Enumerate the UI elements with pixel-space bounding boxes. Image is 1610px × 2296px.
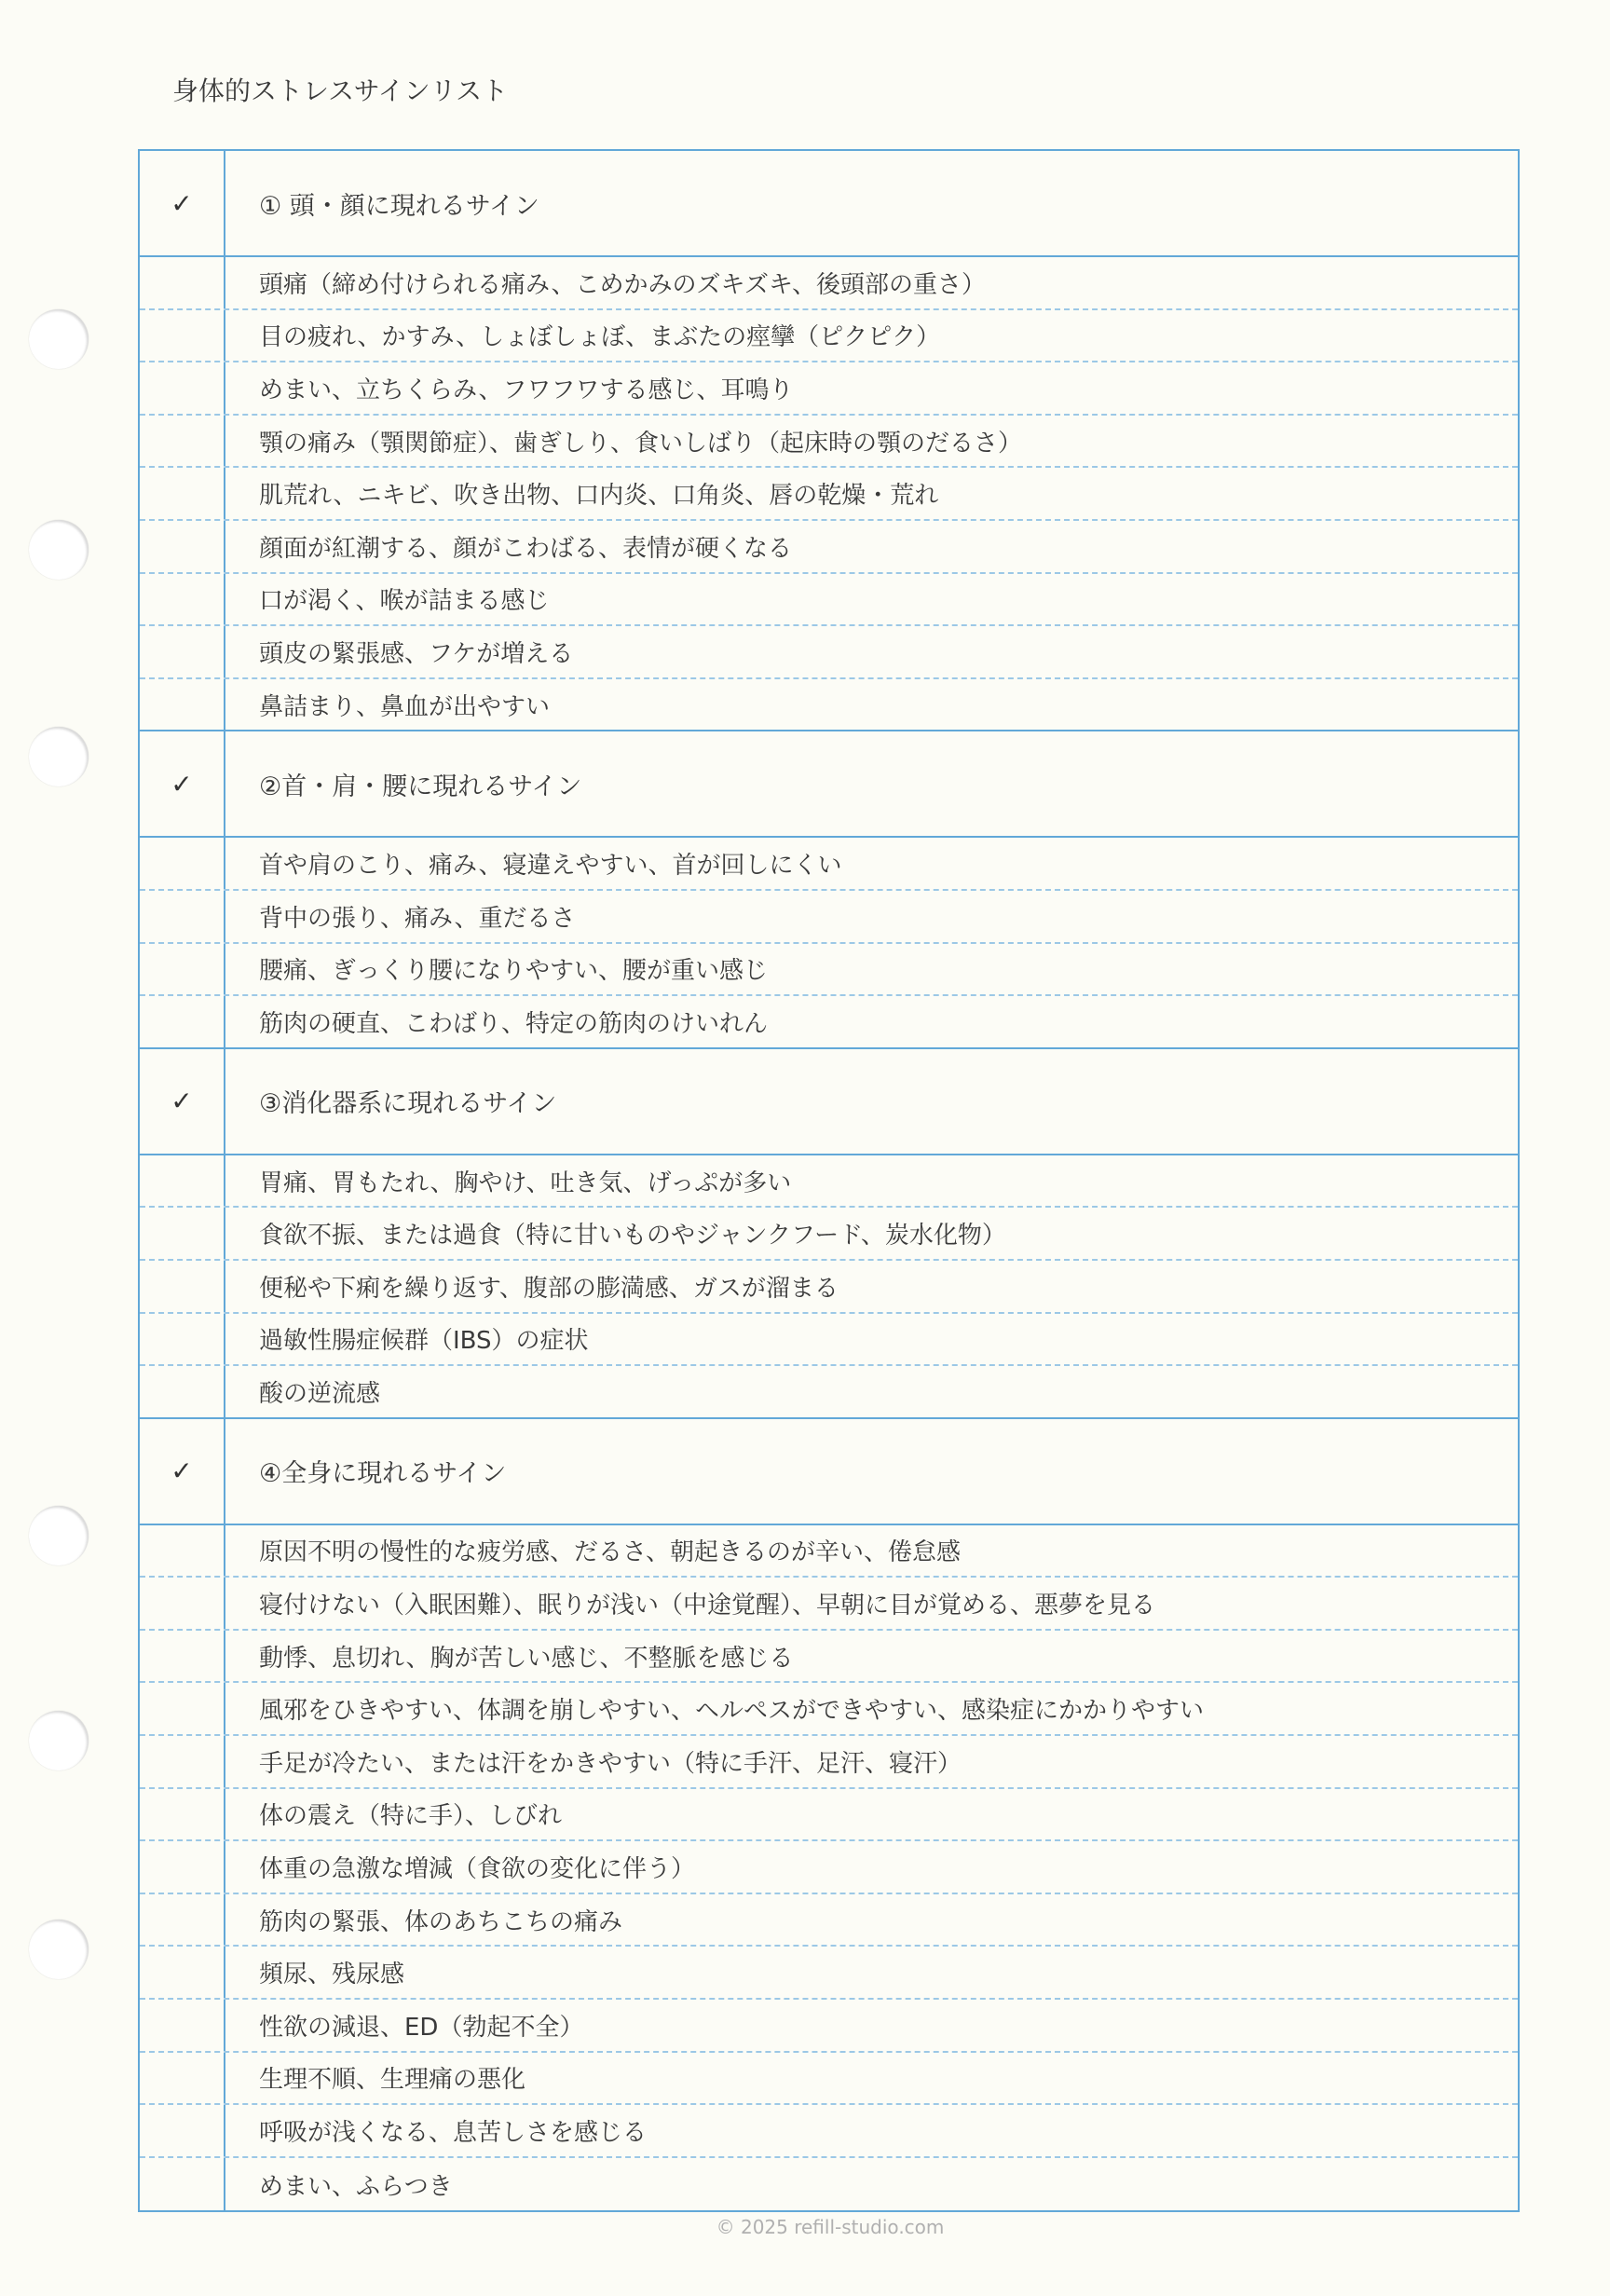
list-item: 肌荒れ、ニキビ、吹き出物、口内炎、口角炎、唇の乾燥・荒れ [140, 468, 1518, 521]
item-checkbox[interactable] [140, 310, 225, 362]
section-whole-body: ✓ ④全身に現れるサイン 原因不明の慢性的な疲労感、だるさ、朝起きるのが辛い、倦… [140, 1419, 1518, 2211]
item-checkbox[interactable] [140, 521, 225, 572]
item-checkbox[interactable] [140, 1155, 225, 1207]
punch-hole [29, 1920, 89, 1979]
list-item: 寝付けない（入眠困難）、眠りが浅い（中途覚醒）、早朝に目が覚める、悪夢を見る [140, 1578, 1518, 1631]
item-checkbox[interactable] [140, 838, 225, 889]
item-text: 鼻詰まり、鼻血が出やすい [225, 679, 1518, 731]
list-item: 便秘や下痢を繰り返す、腹部の膨満感、ガスが溜まる [140, 1261, 1518, 1314]
list-item: 筋肉の緊張、体のあちこちの痛み [140, 1894, 1518, 1947]
punch-hole [29, 1711, 89, 1770]
section-head-face: ✓ ① 頭・顔に現れるサイン 頭痛（締め付けられる痛み、こめかみのズキズキ、後頭… [140, 151, 1518, 731]
list-item: 口が渇く、喉が詰まる感じ [140, 574, 1518, 627]
item-checkbox[interactable] [140, 2053, 225, 2104]
item-text: 頻尿、残尿感 [225, 1947, 1518, 1998]
item-checkbox[interactable] [140, 1261, 225, 1312]
item-checkbox[interactable] [140, 2000, 225, 2051]
item-text: 酸の逆流感 [225, 1366, 1518, 1417]
list-item: 原因不明の慢性的な疲労感、だるさ、朝起きるのが辛い、倦怠感 [140, 1525, 1518, 1578]
section-neck-shoulder-back: ✓ ②首・肩・腰に現れるサイン 首や肩のこり、痛み、寝違えやすい、首が回しにくい… [140, 731, 1518, 1048]
item-text: 首や肩のこり、痛み、寝違えやすい、首が回しにくい [225, 838, 1518, 889]
item-checkbox[interactable] [140, 2105, 225, 2156]
item-text: 呼吸が浅くなる、息苦しさを感じる [225, 2105, 1518, 2156]
list-item: 性欲の減退、ED（勃起不全） [140, 2000, 1518, 2053]
item-text: 寝付けない（入眠困難）、眠りが浅い（中途覚醒）、早朝に目が覚める、悪夢を見る [225, 1578, 1518, 1629]
item-text: めまい、立ちくらみ、フワフワする感じ、耳鳴り [225, 362, 1518, 414]
list-item: 酸の逆流感 [140, 1366, 1518, 1419]
item-checkbox[interactable] [140, 1947, 225, 1998]
item-checkbox[interactable] [140, 416, 225, 467]
list-item: 過敏性腸症候群（IBS）の症状 [140, 1314, 1518, 1367]
item-text: 顔面が紅潮する、顔がこわばる、表情が硬くなる [225, 521, 1518, 572]
item-checkbox[interactable] [140, 1789, 225, 1840]
item-checkbox[interactable] [140, 362, 225, 414]
item-text: 手足が冷たい、または汗をかきやすい（特に手汗、足汗、寝汗） [225, 1736, 1518, 1787]
section-header: ✓ ③消化器系に現れるサイン [140, 1049, 1518, 1155]
list-item: 頭痛（締め付けられる痛み、こめかみのズキズキ、後頭部の重さ） [140, 257, 1518, 310]
item-text: 目の疲れ、かすみ、しょぼしょぼ、まぶたの痙攣（ピクピク） [225, 310, 1518, 362]
item-text: 頭痛（締め付けられる痛み、こめかみのズキズキ、後頭部の重さ） [225, 257, 1518, 308]
section-checkbox[interactable]: ✓ [140, 1049, 225, 1154]
list-item: 食欲不振、または過食（特に甘いものやジャンクフード、炭水化物） [140, 1208, 1518, 1261]
section-heading: ④全身に現れるサイン [225, 1419, 1518, 1524]
item-checkbox[interactable] [140, 257, 225, 308]
item-text: 背中の張り、痛み、重だるさ [225, 891, 1518, 942]
item-checkbox[interactable] [140, 468, 225, 519]
list-item: 頻尿、残尿感 [140, 1947, 1518, 2000]
list-item: 腰痛、ぎっくり腰になりやすい、腰が重い感じ [140, 944, 1518, 997]
item-checkbox[interactable] [140, 574, 225, 625]
list-item: 胃痛、胃もたれ、胸やけ、吐き気、げっぷが多い [140, 1155, 1518, 1209]
item-checkbox[interactable] [140, 944, 225, 995]
item-checkbox[interactable] [140, 1366, 225, 1417]
item-text: 原因不明の慢性的な疲労感、だるさ、朝起きるのが辛い、倦怠感 [225, 1525, 1518, 1577]
item-text: 顎の痛み（顎関節症）、歯ぎしり、食いしばり（起床時の顎のだるさ） [225, 416, 1518, 467]
section-heading: ②首・肩・腰に現れるサイン [225, 731, 1518, 836]
list-item: 体重の急激な増減（食欲の変化に伴う） [140, 1841, 1518, 1894]
item-checkbox[interactable] [140, 1525, 225, 1577]
list-item: 背中の張り、痛み、重だるさ [140, 891, 1518, 944]
checklist-table: ✓ ① 頭・顔に現れるサイン 頭痛（締め付けられる痛み、こめかみのズキズキ、後頭… [138, 149, 1520, 2212]
list-item: 鼻詰まり、鼻血が出やすい [140, 679, 1518, 732]
item-checkbox[interactable] [140, 679, 225, 731]
list-item: 頭皮の緊張感、フケが増える [140, 626, 1518, 679]
item-checkbox[interactable] [140, 1894, 225, 1946]
item-text: 過敏性腸症候群（IBS）の症状 [225, 1314, 1518, 1365]
item-checkbox[interactable] [140, 626, 225, 677]
punch-hole [29, 309, 89, 369]
item-text: 筋肉の緊張、体のあちこちの痛み [225, 1894, 1518, 1946]
list-item: 呼吸が浅くなる、息苦しさを感じる [140, 2105, 1518, 2158]
checkmark-icon: ✓ [171, 1455, 192, 1486]
item-text: 腰痛、ぎっくり腰になりやすい、腰が重い感じ [225, 944, 1518, 995]
item-checkbox[interactable] [140, 891, 225, 942]
list-item: 目の疲れ、かすみ、しょぼしょぼ、まぶたの痙攣（ピクピク） [140, 310, 1518, 363]
item-checkbox[interactable] [140, 1578, 225, 1629]
section-header: ✓ ① 頭・顔に現れるサイン [140, 151, 1518, 257]
checkmark-icon: ✓ [171, 188, 192, 219]
list-item: 生理不順、生理痛の悪化 [140, 2053, 1518, 2106]
list-item: 顎の痛み（顎関節症）、歯ぎしり、食いしばり（起床時の顎のだるさ） [140, 416, 1518, 469]
section-header: ✓ ④全身に現れるサイン [140, 1419, 1518, 1525]
item-text: 体重の急激な増減（食欲の変化に伴う） [225, 1841, 1518, 1893]
item-text: 筋肉の硬直、こわばり、特定の筋肉のけいれん [225, 996, 1518, 1047]
item-text: めまい、ふらつき [225, 2158, 1518, 2211]
list-item: 筋肉の硬直、こわばり、特定の筋肉のけいれん [140, 996, 1518, 1049]
section-checkbox[interactable]: ✓ [140, 731, 225, 836]
list-item: めまい、立ちくらみ、フワフワする感じ、耳鳴り [140, 362, 1518, 416]
page-title: 身体的ストレスサインリスト [172, 71, 508, 108]
item-text: 性欲の減退、ED（勃起不全） [225, 2000, 1518, 2051]
list-item: 風邪をひきやすい、体調を崩しやすい、ヘルペスができやすい、感染症にかかりやすい [140, 1683, 1518, 1736]
list-item: 首や肩のこり、痛み、寝違えやすい、首が回しにくい [140, 838, 1518, 891]
list-item: 動悸、息切れ、胸が苦しい感じ、不整脈を感じる [140, 1631, 1518, 1684]
section-header: ✓ ②首・肩・腰に現れるサイン [140, 731, 1518, 838]
item-text: 生理不順、生理痛の悪化 [225, 2053, 1518, 2104]
item-text: 動悸、息切れ、胸が苦しい感じ、不整脈を感じる [225, 1631, 1518, 1682]
item-text: 食欲不振、または過食（特に甘いものやジャンクフード、炭水化物） [225, 1208, 1518, 1259]
list-item: 体の震え（特に手）、しびれ [140, 1789, 1518, 1842]
section-heading: ③消化器系に現れるサイン [225, 1049, 1518, 1154]
section-checkbox[interactable]: ✓ [140, 1419, 225, 1524]
item-text: 頭皮の緊張感、フケが増える [225, 626, 1518, 677]
item-checkbox[interactable] [140, 1208, 225, 1259]
item-checkbox[interactable] [140, 996, 225, 1047]
section-heading: ① 頭・顔に現れるサイン [225, 151, 1518, 255]
section-digestive: ✓ ③消化器系に現れるサイン 胃痛、胃もたれ、胸やけ、吐き気、げっぷが多い 食欲… [140, 1049, 1518, 1419]
checkmark-icon: ✓ [171, 1086, 192, 1116]
section-checkbox[interactable]: ✓ [140, 151, 225, 255]
item-checkbox[interactable] [140, 2158, 225, 2211]
punch-hole [29, 1506, 89, 1565]
item-text: 胃痛、胃もたれ、胸やけ、吐き気、げっぷが多い [225, 1155, 1518, 1207]
item-text: 体の震え（特に手）、しびれ [225, 1789, 1518, 1840]
item-checkbox[interactable] [140, 1683, 225, 1734]
list-item: 手足が冷たい、または汗をかきやすい（特に手汗、足汗、寝汗） [140, 1736, 1518, 1789]
item-text: 風邪をひきやすい、体調を崩しやすい、ヘルペスができやすい、感染症にかかりやすい [225, 1683, 1518, 1734]
item-checkbox[interactable] [140, 1841, 225, 1893]
item-text: 肌荒れ、ニキビ、吹き出物、口内炎、口角炎、唇の乾燥・荒れ [225, 468, 1518, 519]
list-item: めまい、ふらつき [140, 2158, 1518, 2211]
item-checkbox[interactable] [140, 1736, 225, 1787]
item-checkbox[interactable] [140, 1314, 225, 1365]
punch-hole [29, 727, 89, 786]
item-checkbox[interactable] [140, 1631, 225, 1682]
item-text: 便秘や下痢を繰り返す、腹部の膨満感、ガスが溜まる [225, 1261, 1518, 1312]
checkmark-icon: ✓ [171, 769, 192, 799]
item-text: 口が渇く、喉が詰まる感じ [225, 574, 1518, 625]
copyright-footer: © 2025 refill-studio.com [0, 2216, 1610, 2238]
list-item: 顔面が紅潮する、顔がこわばる、表情が硬くなる [140, 521, 1518, 574]
punch-hole [29, 520, 89, 580]
